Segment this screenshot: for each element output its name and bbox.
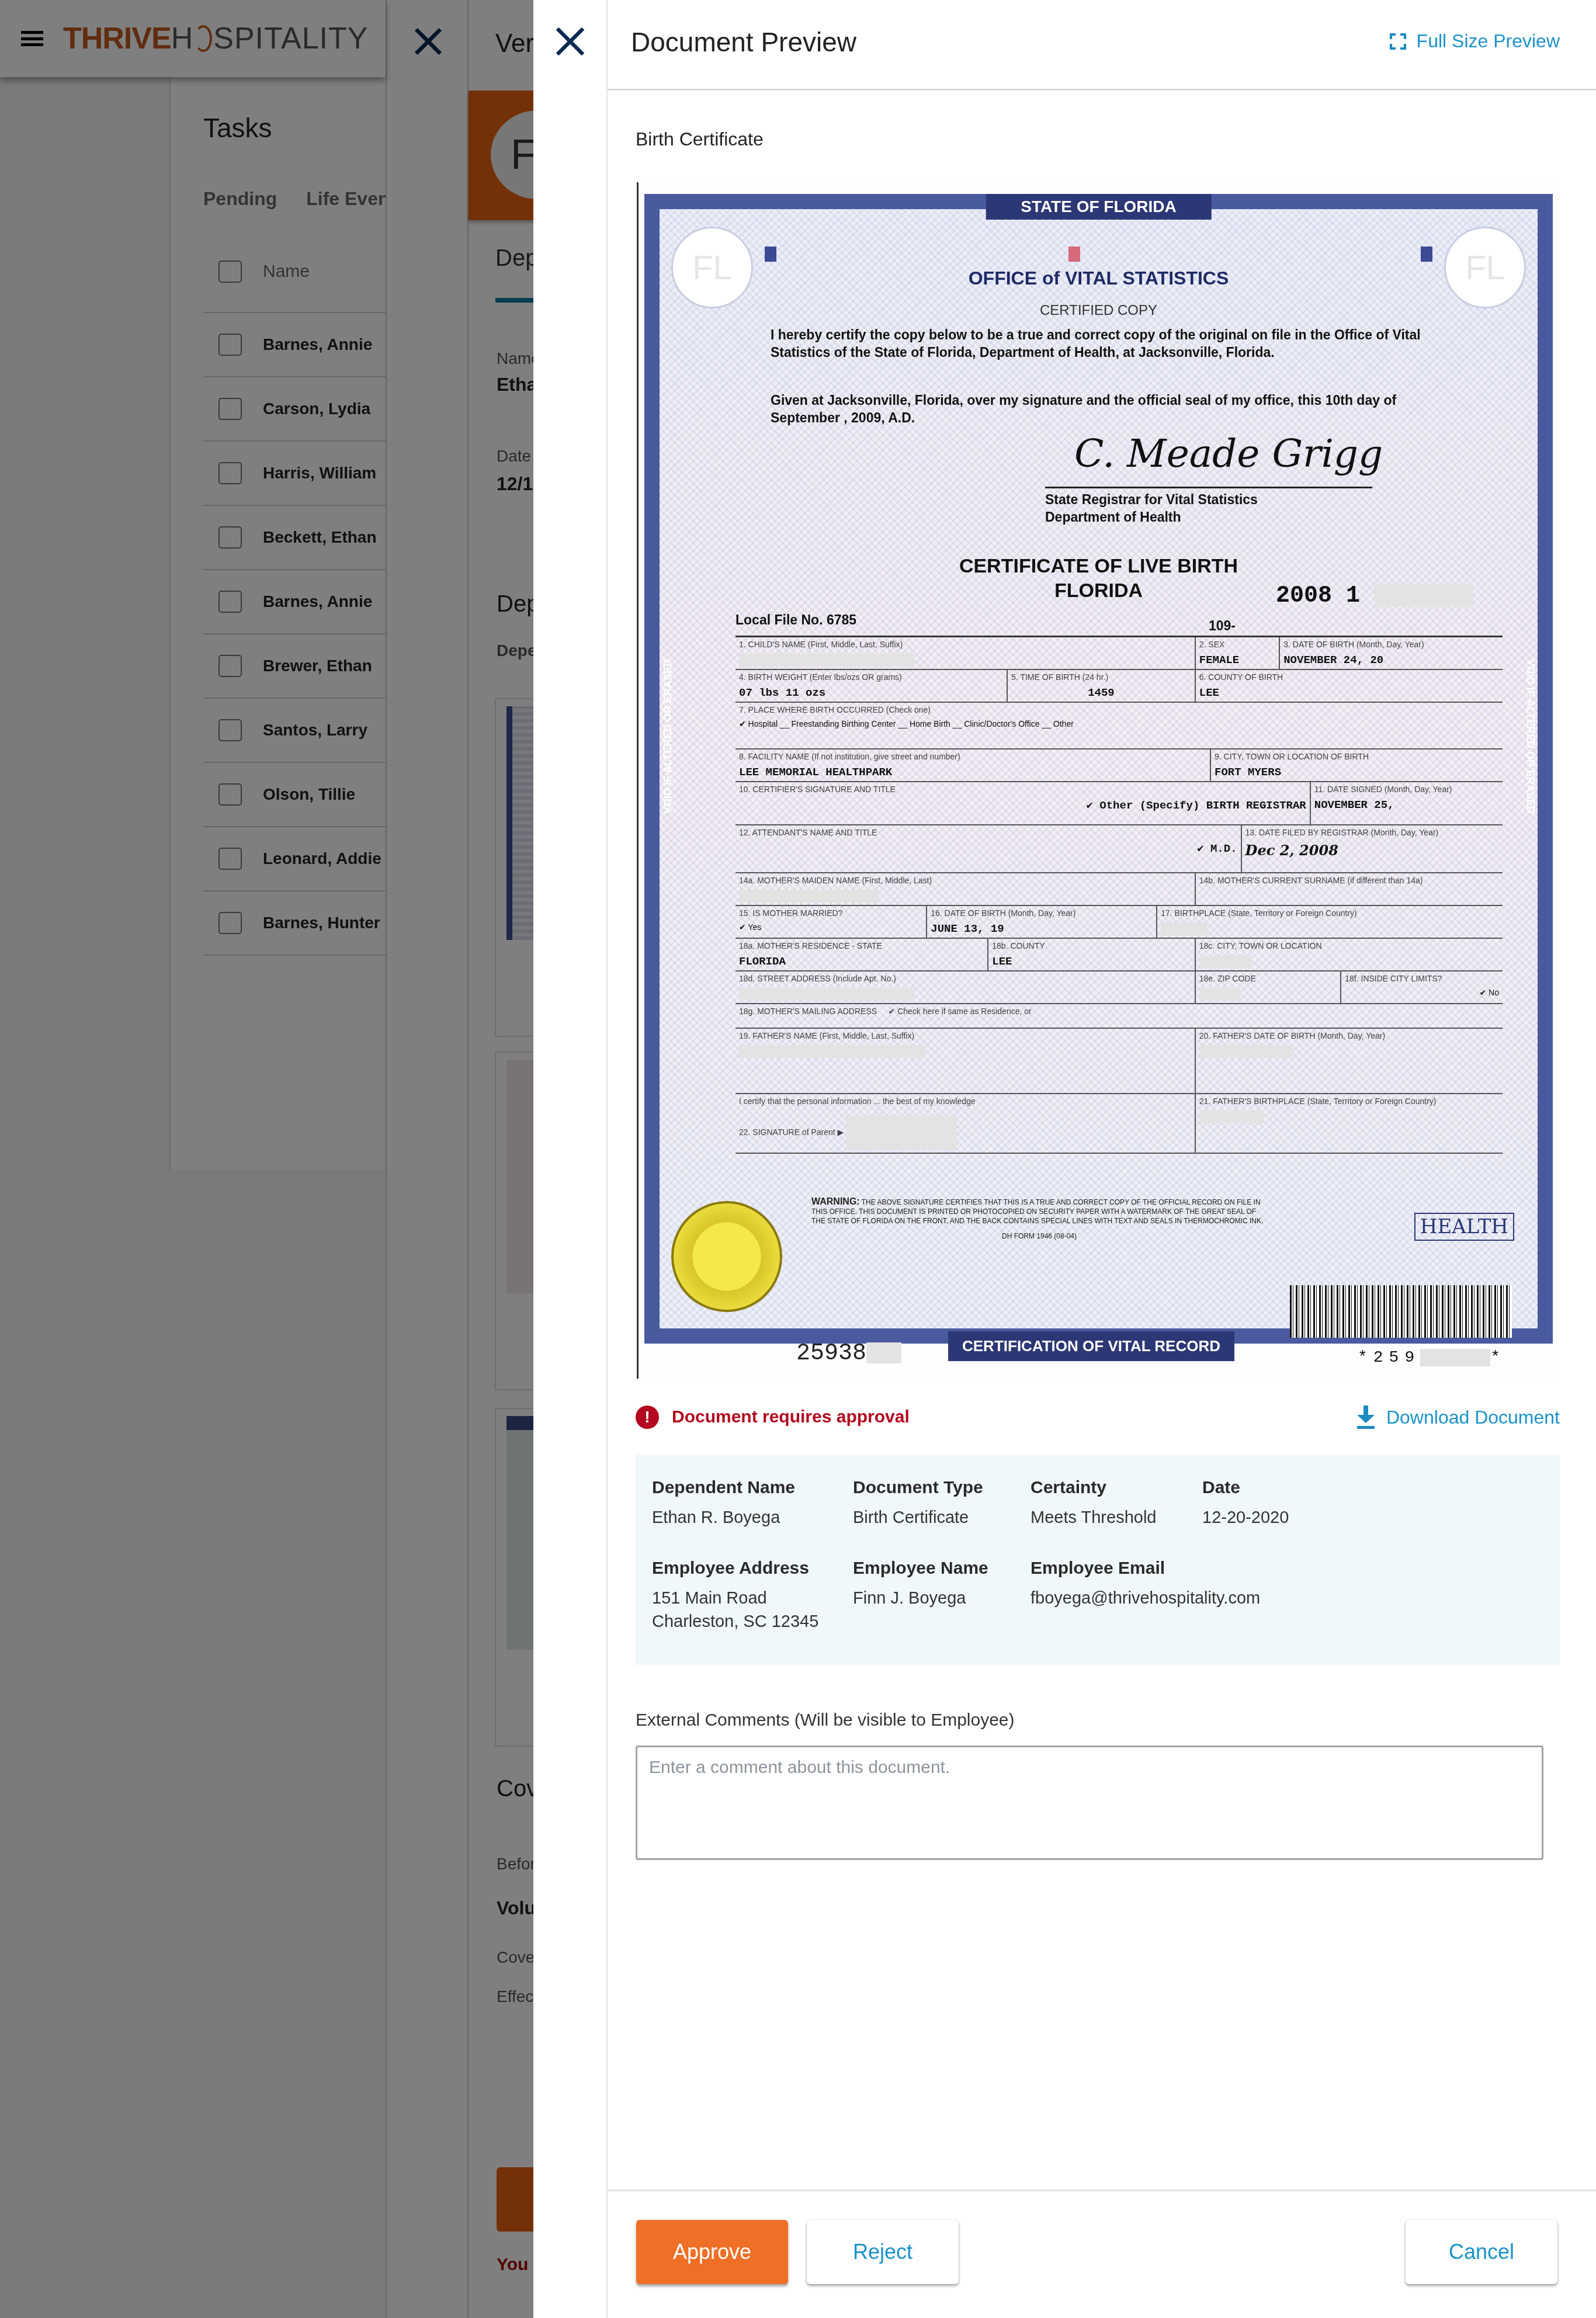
drawer-content: Document Preview Full Size Preview Birth… bbox=[608, 0, 1596, 2318]
cancel-button[interactable]: Cancel bbox=[1406, 2220, 1557, 2284]
expand-icon bbox=[1390, 33, 1406, 50]
document-type-label: Birth Certificate bbox=[636, 129, 764, 150]
health-logo: HEALTH bbox=[1414, 1213, 1514, 1241]
document-details: Dependent Name Ethan R. Boyega Document … bbox=[636, 1455, 1560, 1665]
drawer-title: Document Preview bbox=[631, 26, 856, 58]
employee-name-field: Employee Name Finn J. Boyega bbox=[853, 1559, 988, 1610]
employee-email-field: Employee Email fboyega@thrivehospitality… bbox=[1031, 1559, 1260, 1610]
barcode bbox=[1290, 1285, 1512, 1338]
close-icon[interactable] bbox=[551, 22, 589, 61]
employee-address-field: Employee Address 151 Main RoadCharleston… bbox=[652, 1559, 818, 1633]
approval-status: Document requires approval bbox=[672, 1407, 910, 1427]
date-field: Date 12-20-2020 bbox=[1202, 1478, 1289, 1529]
drawer-close-column bbox=[533, 0, 608, 2318]
footer-divider bbox=[608, 2189, 1596, 2191]
comments-label: External Comments (Will be visible to Em… bbox=[636, 1710, 1015, 1730]
reject-button[interactable]: Reject bbox=[807, 2220, 959, 2284]
approve-button[interactable]: Approve bbox=[636, 2220, 788, 2284]
download-document-link[interactable]: Download Document bbox=[1357, 1406, 1560, 1429]
state-seal bbox=[671, 1201, 782, 1312]
document-type-field: Document Type Birth Certificate bbox=[853, 1478, 983, 1529]
download-icon bbox=[1357, 1406, 1375, 1429]
certainty-field: Certainty Meets Threshold bbox=[1031, 1478, 1156, 1529]
dependent-name-field: Dependent Name Ethan R. Boyega bbox=[652, 1478, 795, 1529]
certificate-form: 1. CHILD'S NAME (First, Middle, Last, Su… bbox=[735, 636, 1503, 1154]
document-preview-drawer: Document Preview Full Size Preview Birth… bbox=[533, 0, 1596, 2318]
alert-icon: ! bbox=[636, 1406, 659, 1429]
document-status-row: ! Document requires approval Download Do… bbox=[636, 1400, 1560, 1435]
external-comments-input[interactable] bbox=[636, 1746, 1543, 1860]
drawer-header: Document Preview Full Size Preview bbox=[608, 0, 1596, 91]
document-image: STATE OF FLORIDA FL FL OFFICE of VITAL S… bbox=[637, 182, 1559, 1379]
certificate-frame: STATE OF FLORIDA FL FL OFFICE of VITAL S… bbox=[644, 194, 1553, 1344]
full-size-preview-link[interactable]: Full Size Preview bbox=[1390, 30, 1560, 52]
